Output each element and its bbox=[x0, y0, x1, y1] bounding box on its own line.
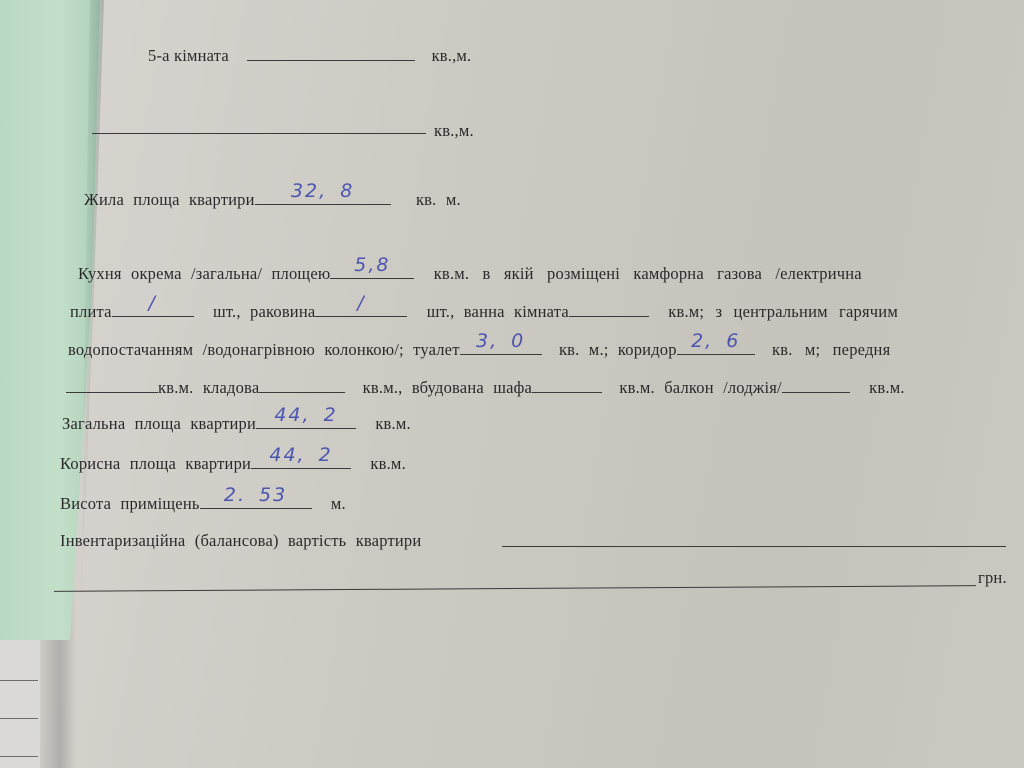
corridor-value: 2, 6 bbox=[677, 330, 755, 352]
ceiling-height-line: Висота приміщень2. 53 м. bbox=[60, 492, 346, 514]
hall-label: кв. м; передня bbox=[772, 340, 890, 359]
ruled-line bbox=[0, 718, 38, 719]
useful-area-unit: кв.м. bbox=[370, 454, 406, 473]
total-area-unit: кв.м. bbox=[375, 414, 411, 433]
bath-field[interactable] bbox=[569, 300, 649, 317]
ceiling-height-unit: м. bbox=[331, 494, 346, 513]
inventory-value-unit: грн. bbox=[978, 568, 1007, 588]
ruled-line bbox=[0, 756, 38, 757]
extra-room-unit: кв.,м. bbox=[434, 121, 474, 141]
hall-field[interactable] bbox=[66, 376, 158, 393]
useful-area-value: 44, 2 bbox=[251, 444, 351, 466]
living-area-unit: кв. м. bbox=[416, 190, 461, 209]
kitchen-area-field[interactable]: 5,8 bbox=[330, 262, 414, 279]
ceiling-height-field[interactable]: 2. 53 bbox=[200, 492, 312, 509]
underlying-sheet bbox=[0, 640, 40, 768]
bath-suffix: кв.м; з центральним гарячим bbox=[668, 302, 898, 321]
ceiling-height-label: Висота приміщень bbox=[60, 494, 200, 513]
useful-area-label: Корисна площа квартири bbox=[60, 454, 251, 473]
extra-room-field[interactable] bbox=[92, 133, 426, 134]
total-area-field[interactable]: 44, 2 bbox=[256, 412, 356, 429]
living-area-field[interactable]: 32, 8 bbox=[255, 188, 391, 205]
total-area-line: Загальна площа квартири44, 2 кв.м. bbox=[62, 412, 411, 434]
inventory-value-label: Інвентаризаційна (балансова) вартість кв… bbox=[60, 531, 421, 550]
kitchen-line-1: Кухня окрема /загальна/ площею5,8 кв.м. … bbox=[78, 262, 862, 284]
stove-label: плита bbox=[70, 302, 112, 321]
useful-area-line: Корисна площа квартири44, 2 кв.м. bbox=[60, 452, 406, 474]
toilet-label: водопостачанням /водонагрівною колонкою/… bbox=[68, 340, 460, 359]
storage-label: кв.м. кладова bbox=[158, 378, 259, 397]
bath-label: шт., ванна кімната bbox=[427, 302, 569, 321]
corridor-field[interactable]: 2, 6 bbox=[677, 338, 755, 355]
balcony-field[interactable] bbox=[782, 376, 850, 393]
kitchen-suffix: кв.м. в якій розміщені камфорна газова /… bbox=[434, 264, 862, 283]
wardrobe-field[interactable] bbox=[532, 376, 602, 393]
total-area-value: 44, 2 bbox=[256, 404, 356, 426]
useful-area-field[interactable]: 44, 2 bbox=[251, 452, 351, 469]
ruled-line bbox=[0, 680, 38, 681]
corridor-label: кв. м.; коридор bbox=[559, 340, 677, 359]
room5-field[interactable] bbox=[247, 44, 415, 61]
kitchen-label: Кухня окрема /загальна/ площею bbox=[78, 264, 330, 283]
total-area-label: Загальна площа квартири bbox=[62, 414, 256, 433]
kitchen-line-2: плита/ шт., раковина/ шт., ванна кімната… bbox=[70, 300, 898, 322]
room5-unit: кв.,м. bbox=[432, 46, 472, 65]
kitchen-line-3: водопостачанням /водонагрівною колонкою/… bbox=[68, 338, 890, 360]
sink-label: шт., раковина bbox=[213, 302, 315, 321]
living-area-label: Жила площа квартири bbox=[84, 190, 255, 209]
stove-field[interactable]: / bbox=[112, 300, 194, 317]
toilet-field[interactable]: 3, 0 bbox=[460, 338, 542, 355]
inventory-value-line: Інвентаризаційна (балансова) вартість кв… bbox=[60, 531, 421, 551]
storage-field[interactable] bbox=[259, 376, 345, 393]
balcony-unit: кв.м. bbox=[869, 378, 905, 397]
kitchen-area-value: 5,8 bbox=[330, 254, 414, 276]
inventory-value-field[interactable] bbox=[502, 546, 1006, 547]
toilet-value: 3, 0 bbox=[460, 330, 542, 352]
living-area-line: Жила площа квартири32, 8 кв. м. bbox=[84, 188, 461, 210]
sink-field[interactable]: / bbox=[315, 300, 407, 317]
ceiling-height-value: 2. 53 bbox=[200, 484, 312, 506]
room5-label: 5-а кімната bbox=[148, 46, 229, 65]
living-area-value: 32, 8 bbox=[255, 180, 391, 202]
kitchen-line-4: кв.м. кладова кв.м., вбудована шафа кв.м… bbox=[66, 376, 905, 398]
wardrobe-label: кв.м., вбудована шафа bbox=[363, 378, 532, 397]
balcony-label: кв.м. балкон /лоджія/ bbox=[619, 378, 781, 397]
room5-line: 5-а кімната кв.,м. bbox=[148, 44, 471, 66]
